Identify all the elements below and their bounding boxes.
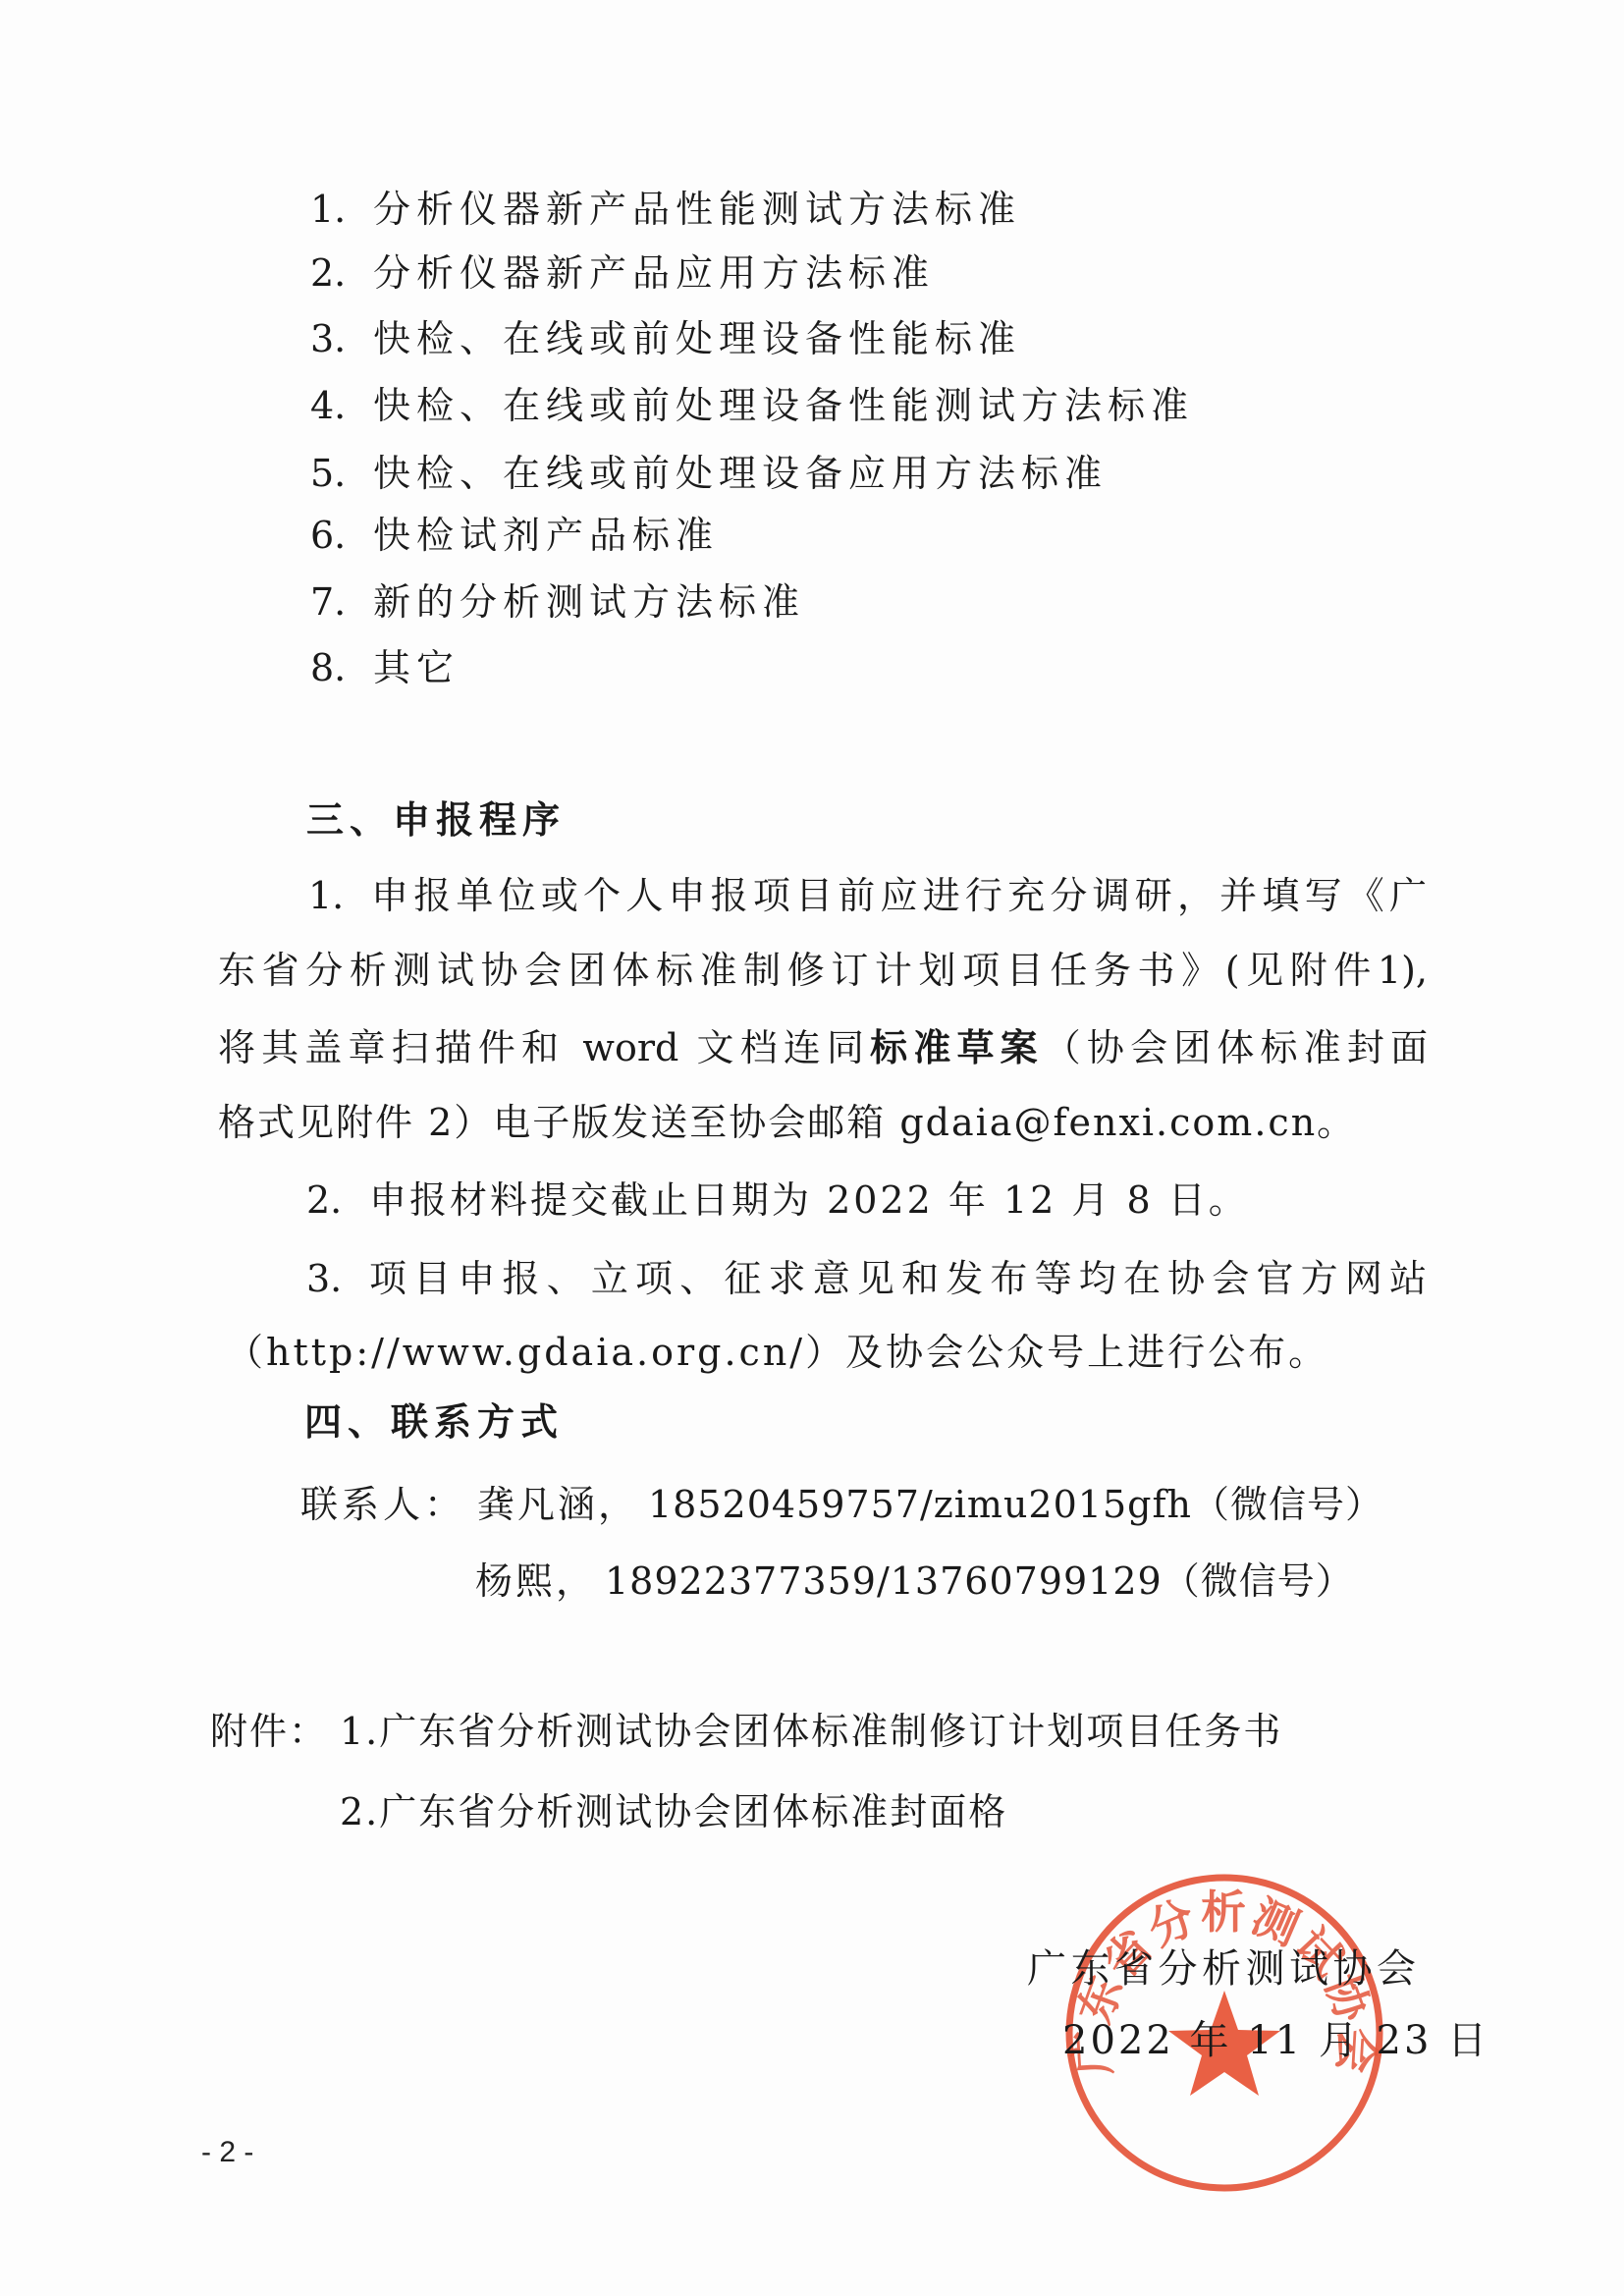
text-fragment: 将其盖章扫描件和 word 文档连同 <box>218 1026 870 1069</box>
paragraph-number: 2. <box>306 1176 342 1224</box>
text-fragment: （协会团体标准封面 <box>1044 1026 1428 1069</box>
contact-info: 18520459757/zimu2015gfh（微信号） <box>648 1481 1383 1528</box>
attachment-item[interactable]: 2.广东省分析测试协会团体标准封面格 <box>340 1788 1007 1835</box>
contact-label: 联系人： <box>300 1481 465 1528</box>
paragraph-line: 项目申报、立项、征求意见和发布等均在协会官方网站 <box>369 1255 1427 1302</box>
list-item-number: 4. <box>310 382 346 429</box>
list-item: 其它 <box>373 644 460 691</box>
paragraph-line: 将其盖章扫描件和 word 文档连同标准草案（协会团体标准封面 <box>218 1024 1428 1071</box>
list-item: 快检试剂产品标准 <box>373 512 719 559</box>
list-item-number: 2. <box>310 249 346 297</box>
paragraph-line-deadline: 申报材料提交截止日期为 2022 年 12 月 8 日。 <box>369 1176 1249 1224</box>
contact-name: 龚凡涵， <box>477 1481 638 1528</box>
list-item-number: 3. <box>310 315 346 362</box>
paragraph-line: 申报单位或个人申报项目前应进行充分调研，并填写《广 <box>371 872 1427 919</box>
list-item-number: 1. <box>310 186 346 233</box>
list-item-number: 6. <box>310 512 346 559</box>
paragraph-line-website: （http://www.gdaia.org.cn/）及协会公众号上进行公布。 <box>226 1329 1328 1376</box>
list-item: 分析仪器新产品性能测试方法标准 <box>373 186 1021 233</box>
list-item: 新的分析测试方法标准 <box>373 578 805 626</box>
document-page: 1. 分析仪器新产品性能测试方法标准 2. 分析仪器新产品应用方法标准 3. 快… <box>0 0 1624 2296</box>
list-item: 分析仪器新产品应用方法标准 <box>373 249 935 297</box>
paragraph-line: 东省分析测试协会团体标准制修订计划项目任务书》(见附件1), <box>218 947 1428 994</box>
bold-text-standard-draft: 标准草案 <box>870 1026 1044 1069</box>
page-number: - 2 - <box>201 2135 253 2170</box>
contact-info: 18922377359/13760799129（微信号） <box>605 1558 1354 1605</box>
list-item: 快检、在线或前处理设备应用方法标准 <box>373 450 1108 497</box>
attachment-item[interactable]: 1.广东省分析测试协会团体标准制修订计划项目任务书 <box>340 1708 1282 1755</box>
list-item: 快检、在线或前处理设备性能测试方法标准 <box>373 382 1194 429</box>
paragraph-line-email: 格式见附件 2）电子版发送至协会邮箱 gdaia@fenxi.com.cn。 <box>218 1099 1356 1146</box>
paragraph-number: 3. <box>306 1255 342 1302</box>
section-heading: 四、联系方式 <box>304 1398 564 1446</box>
signing-date: 2022 年 11 月 23 日 <box>1062 2017 1489 2064</box>
contact-name: 杨熙， <box>475 1558 596 1605</box>
attachments-label: 附件： <box>210 1708 328 1755</box>
list-item: 快检、在线或前处理设备性能标准 <box>373 315 1021 362</box>
paragraph-number: 1. <box>308 872 344 919</box>
signing-organization: 广东省分析测试协会 <box>1027 1945 1421 1993</box>
list-item-number: 8. <box>310 644 346 691</box>
list-item-number: 7. <box>310 578 346 626</box>
list-item-number: 5. <box>310 450 346 497</box>
section-heading: 三、申报程序 <box>306 796 566 844</box>
